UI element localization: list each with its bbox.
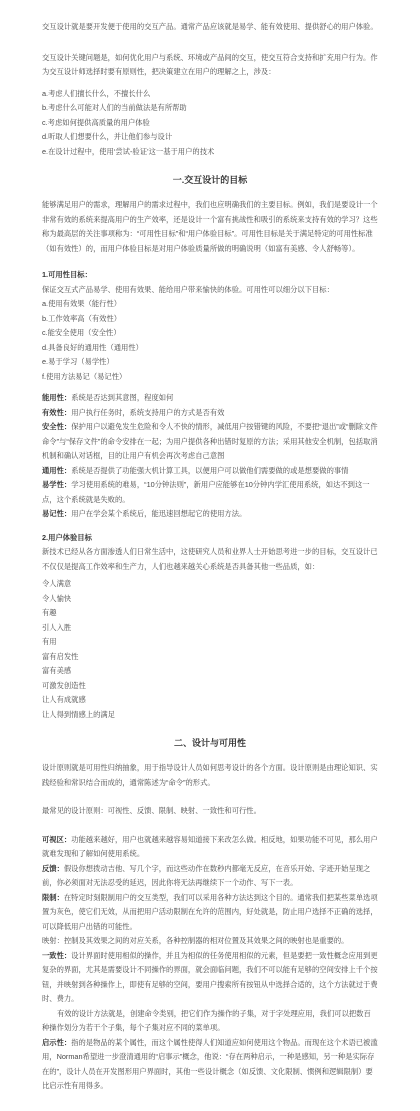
intro-considerations-list: a.考虑人们擅长什么，不擅长什么 b.考虑什么可能对人们的当前做法是有所帮助 c… [42,87,378,160]
term-safety: 安全性：保护用户以避免发生危险和令人不快的情形，减低用户按错键的风险，不要把“退… [42,420,378,464]
design-principles-intro: 设计原则就是可用性归纳抽象，用于指导设计人员如何思考设计的各个方面。设计原则是由… [42,761,378,790]
term-memorability-label: 易记性： [42,509,71,518]
experience-item: 让人得到情感上的满足 [42,708,378,723]
principle-feedback-label: 反馈： [42,864,64,873]
principle-affordance-text: 指的是物品的某个属性，而这个属性使得人们知道应如何使用这个物品。而现在这个术语已… [42,1038,378,1091]
usability-item-f: f.使用方法易记（易记性） [42,370,378,385]
term-safety-label: 安全性： [42,422,71,431]
principle-mapping-text: 控制及其效果之间的对应关系，各种控制器的相对位置及其效果之间的映射也是重要的。 [64,936,349,945]
usability-item-d: d.具备良好的通用性（通用性） [42,341,378,356]
experience-goals-lead: 新技术已经从各方面渗透人们日常生活中，这使研究人员和业界人士开始思考进一步的目标… [42,545,378,574]
term-utility-label: 通用性： [42,466,71,475]
term-effectiveness: 有效性：用户执行任务时，系统支持用户的方式是否有效 [42,406,378,421]
principle-feedback: 反馈：假设你想拨动吉他、写几个字，而这些动作在数秒内都毫无反应，在音乐开始、字迹… [42,862,378,891]
experience-item: 有趣 [42,606,378,621]
term-memorability-text: 用户在学会某个系统后，能迅速回想起它的使用方法。 [71,509,246,518]
experience-item: 令人愉快 [42,592,378,607]
usability-goals-title: 1.可用性目标： [42,268,378,283]
usability-terms-block: 能用性：系统是否达到其意图，程度如何 有效性：用户执行任务时，系统支持用户的方式… [42,391,378,522]
experience-item: 可激发创造性 [42,679,378,694]
experience-item: 引人入胜 [42,621,378,636]
principle-consistency: 一致性：设计界面时使用相似的操作，并且为相似的任务使用相似的元素，但是要把一致性… [42,949,378,1007]
intro-paragraph-1: 交互设计就是要开发便于使用的交互产品。通常产品应该就是易学、能有效使用、提供舒心… [42,20,378,35]
document-page: 交互设计就是要开发便于使用的交互产品。通常产品应该就是易学、能有效使用、提供舒心… [0,0,420,1094]
term-utility-text: 系统是否提供了功能强大机计算工具，以便用户可以做他们需要做的或是想要做的事情 [71,466,348,475]
experience-item: 有用 [42,635,378,650]
principle-constraints-text: 在特定时刻限制用户的交互类型，我们可以采用各种方法达到这个目的。通常我们把某些菜… [42,893,378,931]
intro-list-item-b: b.考虑什么可能对人们的当前做法是有所帮助 [42,101,378,116]
principle-visibility-text: 功能越来越好，用户也就越来越容易知道接下来改怎么做。相反地，如果功能不可见，那么… [42,835,378,859]
principle-affordance: 启示性：指的是物品的某个属性，而这个属性使得人们知道应如何使用这个物品。而现在这… [42,1036,378,1094]
term-learnability: 易学性：学习使用系统的难易，“10分钟法则”，新用户应能够在10分钟内学汇使用系… [42,478,378,507]
experience-goals-title: 2.用户体验目标 [42,531,378,546]
section-1-intro-paragraph: 能够满足用户的需求，理解用户的需求过程中，我们也应明确我们的主要目标。例如，我们… [42,198,378,256]
principle-constraints: 限制：在特定时刻限制用户的交互类型，我们可以采用各种方法达到这个目的。通常我们把… [42,891,378,935]
usability-item-b: b.工作效率高（有效性） [42,312,378,327]
intro-list-item-d: d.听取人们想要什么，并让他们参与设计 [42,130,378,145]
intro-paragraph-2: 交互设计关键问题是，如何优化用户与系统、环境或产品间的交互，使交互符合支持和扩充… [42,51,378,80]
usability-item-c: c.能安全使用（安全性） [42,326,378,341]
principle-consistency-text: 设计界面时使用相似的操作，并且为相似的任务使用相似的元素，但是要把一致性概念应用… [42,951,378,1004]
principle-visibility-label: 可视区： [42,835,71,844]
term-operability: 能用性：系统是否达到其意图，程度如何 [42,391,378,406]
intro-list-item-a: a.考虑人们擅长什么，不擅长什么 [42,87,378,102]
term-utility: 通用性：系统是否提供了功能强大机计算工具，以便用户可以做他们需要做的或是想要做的… [42,464,378,479]
intro-list-item-c: c.考虑如何提供高质量的用户体验 [42,116,378,131]
principle-constraints-label: 限制： [42,893,64,902]
experience-item: 富有美感 [42,664,378,679]
term-effectiveness-text: 用户执行任务时，系统支持用户的方式是否有效 [71,408,224,417]
experience-item: 让人有成就感 [42,693,378,708]
term-learnability-label: 易学性： [42,480,71,489]
term-memorability: 易记性：用户在学会某个系统后，能迅速回想起它的使用方法。 [42,507,378,522]
principle-mapping: 映射：控制及其效果之间的对应关系，各种控制器的相对位置及其效果之间的映射也是重要… [42,934,378,949]
section-2-heading: 二、设计与可用性 [42,735,378,751]
term-effectiveness-label: 有效性： [42,408,71,417]
section-1-heading: 一.交互设计的目标 [42,172,378,188]
principles-block: 可视区：功能越来越好，用户也就越来越容易知道接下来改怎么做。相反地，如果功能不可… [42,833,378,1094]
consistency-method-paragraph: 有效的设计方法就是，创建命令类别，把它们作为操作的子集，对于字处理应用，我们可以… [42,1007,378,1036]
usability-item-a: a.使用有效果（能行性） [42,297,378,312]
experience-item: 富有启发性 [42,650,378,665]
term-operability-label: 能用性： [42,393,71,402]
term-operability-text: 系统是否达到其意图，程度如何 [71,393,173,402]
principle-affordance-label: 启示性： [42,1038,71,1047]
experience-item: 令人满意 [42,577,378,592]
principle-mapping-label: 映射： [42,936,64,945]
term-safety-text: 保护用户以避免发生危险和令人不快的情形，减低用户按错键的风险，不要把“退出”或“… [42,422,378,460]
principle-consistency-label: 一致性： [42,951,71,960]
usability-item-e: e.易于学习（易学性） [42,355,378,370]
usability-goals-list: a.使用有效果（能行性） b.工作效率高（有效性） c.能安全使用（安全性） d… [42,297,378,384]
common-principles-line: 最常见的设计原则：可视性、反馈、限制、映射、一致性和可行性。 [42,804,378,819]
intro-list-item-e: e.在设计过程中，使用‘尝试-验证’这一基于用户的技术 [42,145,378,160]
experience-goals-list: 令人满意 令人愉快 有趣 引人入胜 有用 富有启发性 富有美感 可激发创造性 让… [42,577,378,722]
usability-goals-lead: 保证交互式产品易学、使用有效果、能给用户带来愉快的体验。可用性可以细分以下目标： [42,283,378,298]
principle-visibility: 可视区：功能越来越好，用户也就越来越容易知道接下来改怎么做。相反地，如果功能不可… [42,833,378,862]
principle-feedback-text: 假设你想拨动吉他、写几个字，而这些动作在数秒内都毫无反应，在音乐开始、字迹开始呈… [42,864,370,888]
term-learnability-text: 学习使用系统的难易，“10分钟法则”，新用户应能够在10分钟内学汇使用系统，如达… [42,480,370,504]
